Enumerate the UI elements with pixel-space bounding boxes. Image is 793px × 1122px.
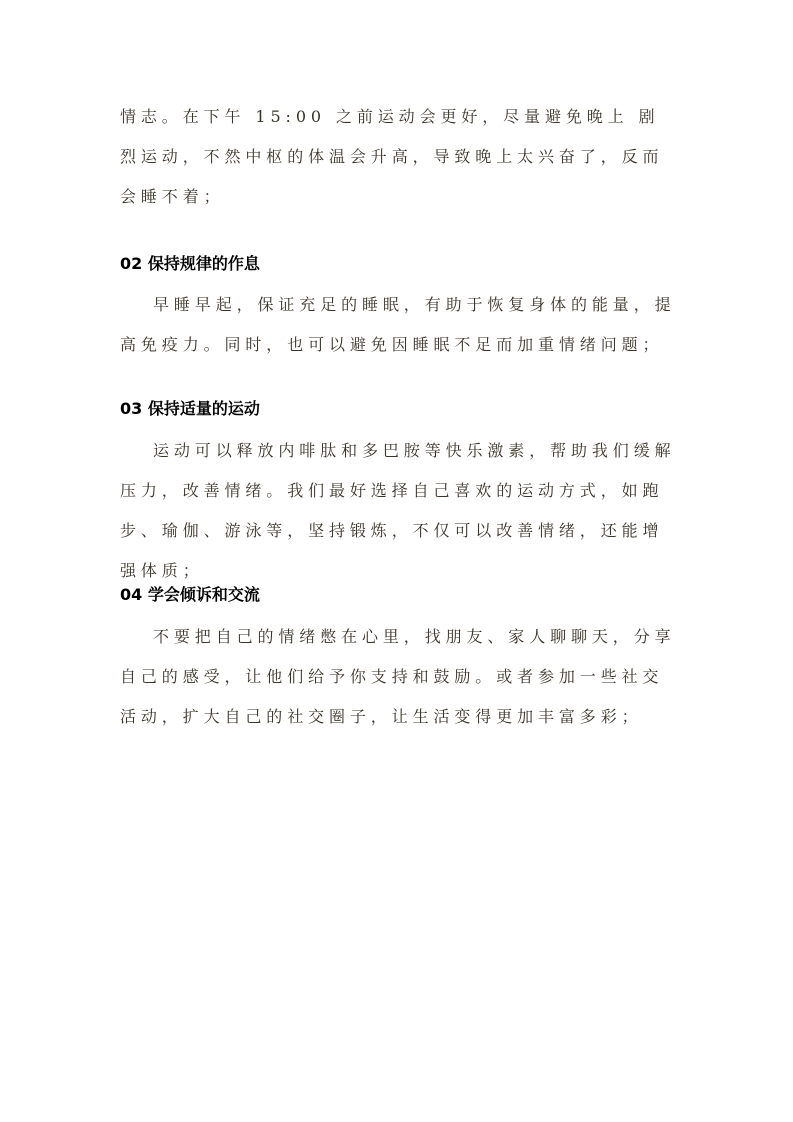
section-body-04: 不要把自己的情绪憋在心里，找朋友、家人聊聊天，分享自己的感受，让他们给予你支持和… xyxy=(120,617,680,737)
section-body-02: 早睡早起，保证充足的睡眠，有助于恢复身体的能量，提高免疫力。同时，也可以避免因睡… xyxy=(120,285,680,365)
section-heading-03: 03 保持适量的运动 xyxy=(120,397,680,421)
section-body-03: 运动可以释放内啡肽和多巴胺等快乐激素，帮助我们缓解压力，改善情绪。我们最好选择自… xyxy=(120,431,680,591)
continuation-paragraph: 情志。在下午 15:00 之前运动会更好，尽量避免晚上 剧烈运动，不然中枢的体温… xyxy=(120,97,680,217)
section-heading-02: 02 保持规律的作息 xyxy=(120,252,680,276)
section-heading-04: 04 学会倾诉和交流 xyxy=(120,583,680,607)
